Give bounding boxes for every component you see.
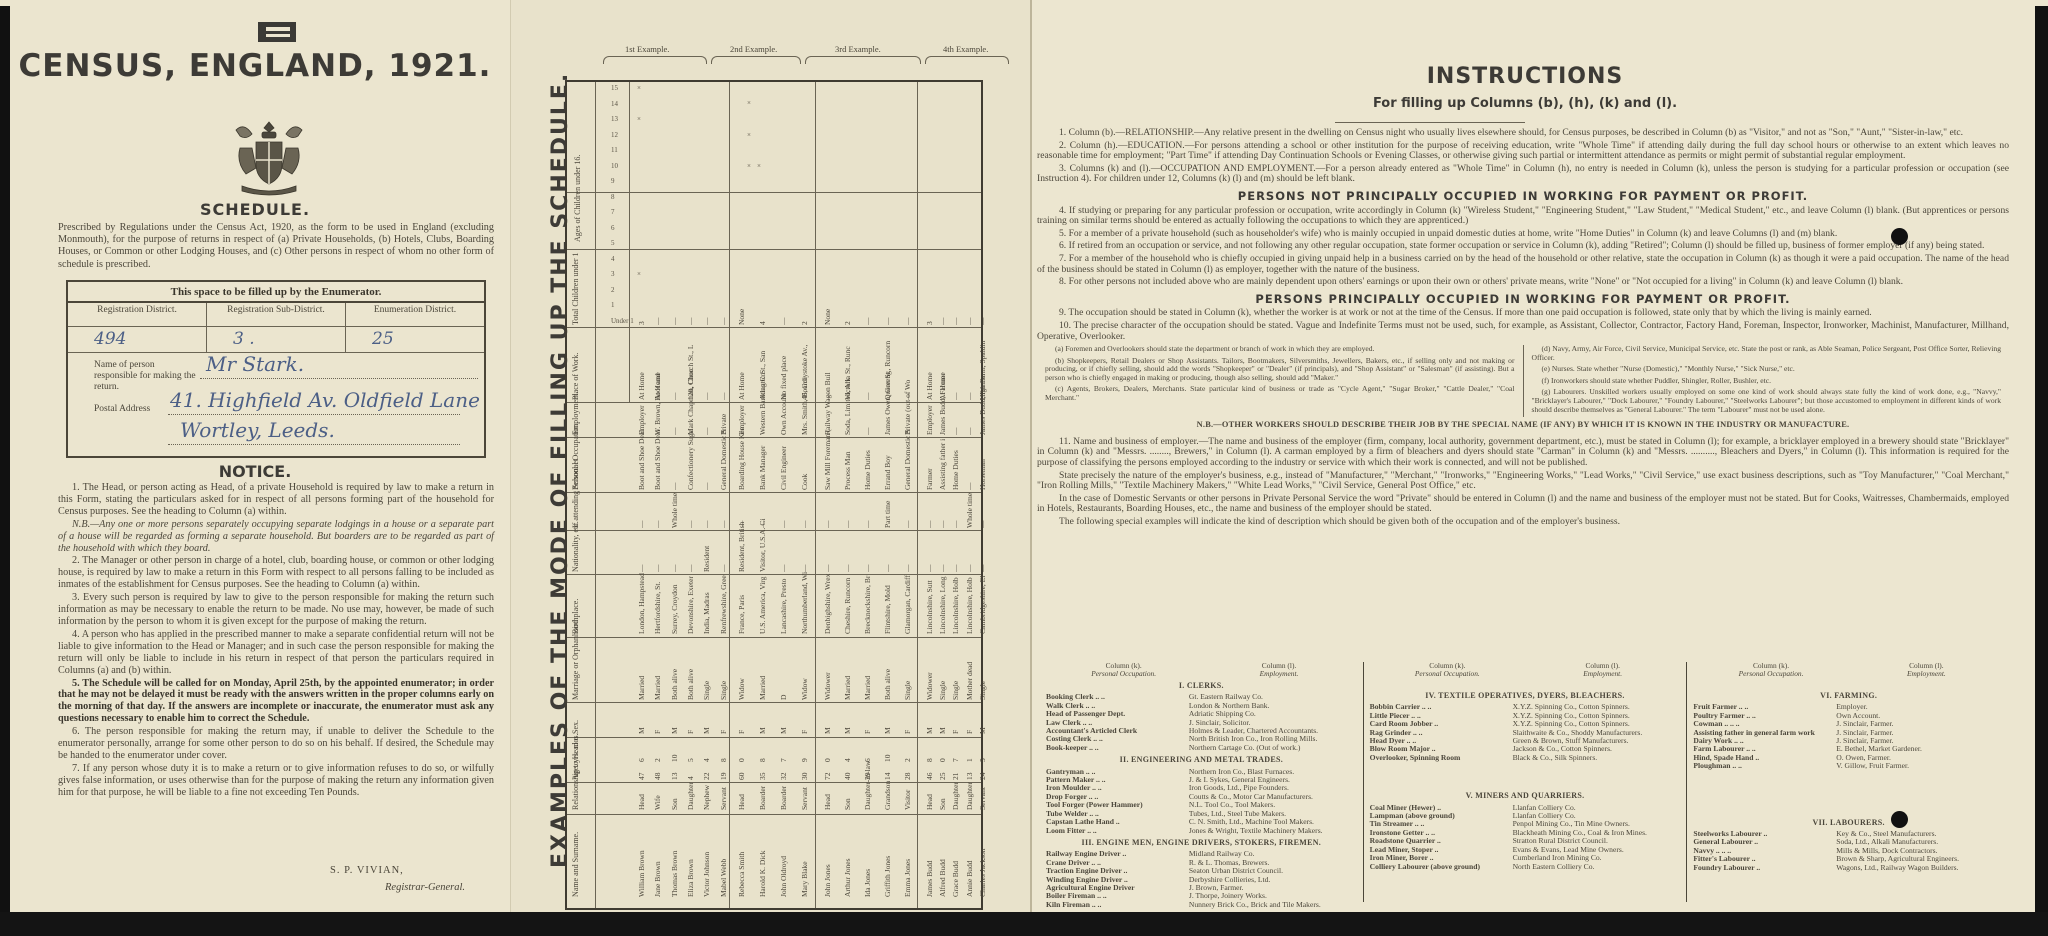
cell-nat: — <box>779 565 788 573</box>
age-mark: × <box>747 99 751 107</box>
cell-yrs: 32 <box>779 773 788 781</box>
cell-nat: Resident, British <box>737 522 746 572</box>
cell-name: Thomas Brown <box>670 851 679 897</box>
cell-mar: Both alive <box>686 669 695 700</box>
child-age-tick: 11 <box>611 146 618 154</box>
brace <box>805 56 921 64</box>
occupation: Colliery Labourer (above ground) <box>1370 863 1513 871</box>
cell-work: — <box>951 393 960 401</box>
cell-rel: Visitor <box>903 790 912 810</box>
cell-school: — <box>925 521 934 529</box>
cell-mos: 5 <box>978 758 987 762</box>
cell-mar: Single <box>903 681 912 700</box>
punch-hole <box>1891 811 1908 828</box>
cell-birth: Glamorgan, Cardiff <box>903 575 912 634</box>
cell-occ: Boarding House Kee <box>737 427 746 490</box>
child-age-tick: 8 <box>611 193 615 201</box>
grid-line <box>567 814 981 815</box>
cell-birth: Lincolnshire, Sutt <box>925 580 934 634</box>
child-age-tick: 14 <box>611 100 618 108</box>
cell-school: — <box>843 521 852 529</box>
child-age-header: Ages of Children under 16. <box>573 155 582 242</box>
example-column-2: Column (k).Personal Occupation.Column (l… <box>1363 662 1687 902</box>
notice-paragraph-5: 5. The Schedule will be called for on Mo… <box>58 678 494 726</box>
cell-yrs: 14 <box>883 773 892 781</box>
instruction-4: 4. If studying or preparing for any part… <box>1037 206 2009 227</box>
child-age-tick: 12 <box>611 131 618 139</box>
notice-paragraph-7: 7. If any person whose duty it is to mak… <box>58 763 494 799</box>
employer: Jones & Wright, Textile Machinery Makers… <box>1189 827 1357 835</box>
cell-school: — <box>823 521 832 529</box>
cell-name: William Brown <box>637 850 646 897</box>
category-title: VII. LABOURERS. <box>1693 819 2004 827</box>
cell-children: — <box>719 318 728 326</box>
cell-nat: — <box>653 565 662 573</box>
cell-work: — <box>719 393 728 401</box>
cell-name: Griffith Jones <box>883 856 892 897</box>
instruction-9: 9. The occupation should be stated in Co… <box>1037 308 2009 319</box>
cell-school: — <box>903 521 912 529</box>
section-occupied-heading: PERSONS PRINCIPALLY OCCUPIED IN WORKING … <box>1037 294 2009 305</box>
occupation-examples: Column (k).Personal Occupation.Column (l… <box>1040 662 2010 902</box>
cell-children: — <box>779 318 788 326</box>
cell-name: Mabel Webb <box>719 859 728 897</box>
cell-occ: Boot and Shoe Deal <box>637 430 646 490</box>
cell-sex: M <box>843 727 852 734</box>
grid-line <box>567 402 981 403</box>
cell-sex: F <box>737 730 746 734</box>
royal-crest-icon <box>232 118 306 198</box>
cell-sex: F <box>951 730 960 734</box>
example-row: Colliery Labourer (above ground)North Ea… <box>1370 863 1681 871</box>
cell-rel: Servant <box>978 787 987 810</box>
employer: Northern Cartage Co. (Out of work.) <box>1189 744 1357 752</box>
cell-mos: 7 <box>779 758 788 762</box>
child-age-tick: 3 <box>611 270 615 278</box>
example-column-3: Column (k).Personal Occupation.Column (l… <box>1686 662 2010 902</box>
cell-emp: — <box>702 428 711 436</box>
cell-children: — <box>903 318 912 326</box>
cell-children: None <box>823 309 832 325</box>
cell-school: — <box>702 521 711 529</box>
cell-yrs: 19 <box>719 773 728 781</box>
cell-nat: — <box>965 565 974 573</box>
example-column-header: Column (k).Personal Occupation.Column (l… <box>1046 662 1357 678</box>
occupation: Kiln Fireman .. .. <box>1046 901 1189 909</box>
cell-sex: F <box>653 730 662 734</box>
nb-other-workers: N.B.—OTHER WORKERS SHOULD DESCRIBE THEIR… <box>1037 420 2009 431</box>
cell-yrs: 4 <box>686 776 695 780</box>
cell-name: Victor Johnson <box>702 852 711 897</box>
sub-note-c: (c) Agents, Brokers, Dealers, Merchants.… <box>1045 385 1515 402</box>
notice-title: NOTICE. <box>10 462 500 481</box>
cell-yrs: 13 <box>965 773 974 781</box>
grid-line <box>567 702 981 703</box>
cell-sex: F <box>863 730 872 734</box>
cell-school: Whole time <box>965 493 974 528</box>
cell-sex: M <box>670 727 679 734</box>
example-column-header: Column (k).Personal Occupation.Column (l… <box>1693 662 2004 678</box>
example-label-4: 4th Example. <box>943 44 988 54</box>
instruction-1: 1. Column (b).—RELATIONSHIP.—Any relativ… <box>1037 128 2009 139</box>
cell-school: — <box>719 521 728 529</box>
cell-mos: 5 <box>686 758 695 762</box>
employment-col-label: Column (l).Employment. <box>1525 662 1680 678</box>
cell-work: At Home <box>653 372 662 400</box>
cell-birth: Lincolnshire, Long <box>938 577 947 635</box>
occupation: Book-keeper .. .. <box>1046 744 1189 752</box>
cell-occ: Horseman <box>978 459 987 490</box>
column-header: Birthplace. <box>571 599 580 634</box>
cell-children: — <box>653 318 662 326</box>
schedule-title: SCHEDULE. <box>10 200 500 219</box>
cell-mos: 7 <box>951 758 960 762</box>
signature-name: S. P. VIVIAN, <box>330 865 404 876</box>
cell-mos: 2 <box>903 758 912 762</box>
example-row: Overlooker, Spinning RoomBlack & Co., Si… <box>1370 754 1681 762</box>
cell-school: — <box>686 521 695 529</box>
instruction-2: 2. Column (h).—EDUCATION.—For persons at… <box>1037 141 2009 162</box>
enumerator-box: This space to be filled up by the Enumer… <box>66 280 486 458</box>
cell-name: Annie Budd <box>965 861 974 897</box>
cell-emp: — <box>965 428 974 436</box>
cell-school: — <box>951 521 960 529</box>
cell-name: Alfred Budd <box>938 859 947 897</box>
cell-sex: M <box>883 727 892 734</box>
cell-school: — <box>737 521 746 529</box>
example-row: Foundry Labourer ..Wagons, Ltd., Railway… <box>1693 864 2004 872</box>
cell-name: Jane Brown <box>653 861 662 897</box>
cell-mar: Married <box>863 676 872 700</box>
cell-mos: 2 <box>653 758 662 762</box>
cell-mar: Widower <box>925 672 934 700</box>
cell-work: Atlantic St., San <box>758 351 767 400</box>
example-column-header: Column (k).Personal Occupation.Column (l… <box>1370 662 1681 678</box>
cell-birth: Lincolnshire, Holb <box>951 577 960 634</box>
instruction-11-business: State precisely the nature of the employ… <box>1037 471 2009 492</box>
grid-line <box>567 637 981 638</box>
cell-birth: London, Hampstead <box>637 573 646 634</box>
sub-notes-right: (d) Navy, Army, Air Force, Civil Service… <box>1524 345 2010 417</box>
cell-work: — <box>670 393 679 401</box>
child-age-tick: 2 <box>611 286 615 294</box>
cell-occ: — <box>702 483 711 491</box>
cell-mos: 0 <box>938 758 947 762</box>
cell-nat: — <box>823 565 832 573</box>
cell-birth: Surrey, Croydon <box>670 584 679 634</box>
brace <box>711 56 801 64</box>
cell-name: Charles Jackson <box>978 848 987 897</box>
dotted-line <box>168 444 460 445</box>
cell-mar: Widow <box>800 678 809 700</box>
cell-occ: Cook <box>800 474 809 490</box>
cell-yrs: 47 <box>637 773 646 781</box>
cell-yrs: 40 <box>843 773 852 781</box>
postal-address-line1[interactable]: 41. Highfield Av. Oldfield Lane <box>170 388 480 412</box>
category-title: IV. TEXTILE OPERATIVES, DYERS, BLEACHERS… <box>1370 692 1681 700</box>
cell-mar: Married <box>653 676 662 700</box>
cell-school: — <box>863 521 872 529</box>
sub-notes: (a) Foremen and Overlookers should state… <box>1037 345 2009 417</box>
notice-paragraph-6: 6. The person responsible for making the… <box>58 726 494 762</box>
cell-nat: — <box>800 565 809 573</box>
cell-nat: — <box>883 565 892 573</box>
occupation-col-label: Column (k).Personal Occupation. <box>1046 662 1201 678</box>
example-label-3: 3rd Example. <box>835 44 881 54</box>
cell-work: At Home <box>637 372 646 400</box>
cell-school: — <box>637 521 646 529</box>
postal-address-label: Postal Address <box>94 404 150 414</box>
cell-work: At Home <box>737 372 746 400</box>
age-mark: × <box>637 270 641 278</box>
example-labels: 1st Example. 2nd Example. 3rd Example. 4… <box>625 44 1025 64</box>
cell-birth: Cambridgeshire, El <box>978 576 987 634</box>
cell-rel: Servant <box>719 787 728 810</box>
cell-rel: Head <box>737 794 746 810</box>
cell-children: — <box>951 318 960 326</box>
cell-sex: M <box>823 727 832 734</box>
cell-rel: Wife <box>653 795 662 810</box>
cell-occ: General Domestic S <box>903 430 912 490</box>
example-separator <box>815 82 816 908</box>
employer: North Eastern Colliery Co. <box>1513 863 1681 871</box>
cell-yrs: 13 <box>670 773 679 781</box>
cell-mos: 8 <box>719 758 728 762</box>
cell-birth: Flintshire, Mold <box>883 585 892 634</box>
age-mark: × <box>637 84 641 92</box>
cell-school: — <box>938 521 947 529</box>
cell-school: — <box>800 521 809 529</box>
cell-nat: — <box>978 565 987 573</box>
child-age-tick: 7 <box>611 208 615 216</box>
cell-name: John Jones <box>823 864 832 897</box>
registration-subdistrict-field[interactable]: Registration Sub-District. 3 . <box>207 303 346 352</box>
grid-line <box>567 782 981 783</box>
example-row: Loom Fitter .. ..Jones & Wright, Textile… <box>1046 827 1357 835</box>
cell-work: At Home <box>925 372 934 400</box>
cell-occ: Farmer <box>925 468 934 490</box>
registration-district-field[interactable]: Registration District. 494 <box>68 303 207 352</box>
cell-sex: M <box>702 727 711 734</box>
cell-children: None <box>737 309 746 325</box>
cell-mar: Single <box>702 681 711 700</box>
cell-sex: F <box>965 730 974 734</box>
instructions-body: 1. Column (b).—RELATIONSHIP.—Any relativ… <box>1037 128 2009 530</box>
child-age-tick: 15 <box>611 84 618 92</box>
cell-mar: Married <box>843 676 852 700</box>
cell-rel: Nephew <box>702 785 711 810</box>
cell-mar: Single <box>978 681 987 700</box>
section-not-occupied-heading: PERSONS NOT PRINCIPALLY OCCUPIED IN WORK… <box>1037 191 2009 202</box>
cell-occ: — <box>965 483 974 491</box>
cell-rel: Head <box>925 794 934 810</box>
cell-work: — <box>823 393 832 401</box>
sub-note-e: (e) Nurses. State whether "Nurse (Domest… <box>1532 365 2002 374</box>
sub-note-d: (d) Navy, Army, Air Force, Civil Service… <box>1532 345 2002 362</box>
cell-mos: 4 <box>702 758 711 762</box>
cell-name: John Oldroyd <box>779 856 788 897</box>
cell-mar: Mother dead <box>965 662 974 700</box>
cell-rel: Son <box>670 798 679 810</box>
example-row: Ploughman .. ..V. Gillow, Fruit Farmer. <box>1693 762 2004 770</box>
cell-sex: M <box>637 727 646 734</box>
cell-work: — <box>965 393 974 401</box>
cell-mos: 0 <box>737 758 746 762</box>
cell-yrs: 60 <box>737 773 746 781</box>
cell-school: Part time <box>883 501 892 528</box>
instructions-subtitle: For filling up Columns (b), (h), (k) and… <box>1030 96 2020 111</box>
cell-birth: Lincolnshire, Holb <box>965 577 974 634</box>
preamble-text: Prescribed by Regulations under the Cens… <box>58 222 494 271</box>
punch-hole <box>1891 228 1908 245</box>
cell-rel: Boarder <box>779 786 788 810</box>
instruction-11-domestic: In the case of Domestic Servants or othe… <box>1037 494 2009 515</box>
examples-table: Name and Surname.Relationship to Head oA… <box>565 80 983 910</box>
employer: Black & Co., Silk Spinners. <box>1513 754 1681 762</box>
cell-birth: India, Madras <box>702 592 711 634</box>
cell-children: 2 <box>843 321 852 325</box>
signature-role: Registrar-General. <box>385 882 465 893</box>
example-label-1: 1st Example. <box>625 44 669 54</box>
category-title: II. ENGINEERING AND METAL TRADES. <box>1046 756 1357 764</box>
cell-birth: Northumberland, Wi <box>800 572 809 634</box>
cell-yrs: 72 <box>823 773 832 781</box>
cell-occ: Assisting father i <box>938 439 947 490</box>
cell-work: Queen St., Runcorn <box>883 341 892 400</box>
brace <box>603 56 707 64</box>
cell-mos: 10 <box>883 755 892 763</box>
instructions-title: INSTRUCTIONS <box>1030 64 2020 89</box>
cell-mar: Both alive <box>670 669 679 700</box>
postal-address-line2[interactable]: Wortley, Leeds. <box>180 418 335 442</box>
cell-mar: Widower <box>823 672 832 700</box>
cell-nat: — <box>843 565 852 573</box>
enumerator-box-heading: This space to be filled up by the Enumer… <box>68 282 484 303</box>
cell-occ: Home Duties <box>951 450 960 490</box>
sub-note-f: (f) Ironworkers should state whether Pud… <box>1532 377 2002 386</box>
cell-work: At Home <box>938 372 947 400</box>
cell-emp: Private <box>719 414 728 435</box>
cell-rel: Daughter <box>951 782 960 810</box>
cell-birth: Brecknockshire, Br <box>863 576 872 634</box>
cell-mos: 6 <box>637 758 646 762</box>
employer: Nunnery Brick Co., Brick and Tile Makers… <box>1189 901 1357 909</box>
column-header: Nationality, etc. <box>571 521 580 572</box>
column-header: Age. yrs. mos. <box>571 734 580 780</box>
child-age-tick: 4 <box>611 255 615 263</box>
cell-occ: Confectionery Suga <box>686 430 695 490</box>
cell-yrs: 35 <box>758 773 767 781</box>
column-header: Sex. <box>571 720 580 734</box>
notice-paragraph-2: 2. The Manager or other person in charge… <box>58 555 494 591</box>
cell-yrs: 21 <box>951 773 960 781</box>
form-letter-e-mark <box>258 22 296 42</box>
example-row: Book-keeper .. ..Northern Cartage Co. (O… <box>1046 744 1357 752</box>
instruction-11-examples-intro: The following special examples will indi… <box>1037 517 2009 528</box>
cell-sex: M <box>925 727 934 734</box>
occupation-col-label: Column (k).Personal Occupation. <box>1693 662 1848 678</box>
cell-children: — <box>702 318 711 326</box>
cell-nat: Resident <box>702 546 711 572</box>
grid-line <box>567 530 981 531</box>
cell-children: 3 <box>925 321 934 325</box>
cell-name: Grace Budd <box>951 861 960 897</box>
cell-nat: — <box>938 565 947 573</box>
cell-mos: 1 <box>965 758 974 762</box>
cell-work: — <box>863 393 872 401</box>
dotted-line <box>168 414 460 415</box>
example-label-2: 2nd Example. <box>730 44 777 54</box>
cell-sex: F <box>800 730 809 734</box>
cell-yrs: 46 <box>925 773 934 781</box>
cell-name: Mary Blake <box>800 861 809 897</box>
cell-sex: M <box>779 727 788 734</box>
cell-emp: Private (out of Wo <box>903 380 912 435</box>
cell-emp: Railway Wagon Buil <box>823 372 832 435</box>
example-row: Kiln Fireman .. ..Nunnery Brick Co., Bri… <box>1046 901 1357 909</box>
notice-body: 1. The Head, or person acting as Head, o… <box>58 482 494 800</box>
cell-children: — <box>978 318 987 326</box>
cell-birth: Cheshire, Runcorn <box>843 578 852 634</box>
notice-paragraph-1: 1. The Head, or person acting as Head, o… <box>58 482 494 518</box>
cell-nat: — <box>903 565 912 573</box>
cell-sex: M <box>978 727 987 734</box>
age-mark: × <box>747 131 751 139</box>
enumeration-district-field[interactable]: Enumeration District. 25 <box>346 303 484 352</box>
cell-children: — <box>883 318 892 326</box>
occupation-col-label: Column (k).Personal Occupation. <box>1370 662 1525 678</box>
example-separator <box>729 82 730 908</box>
instruction-7: 7. For a member of the household who is … <box>1037 254 2009 275</box>
cell-birth: Hertfordshire, St. <box>653 582 662 634</box>
cell-birth: Denbighshire, Wrex <box>823 574 832 634</box>
cell-rel: Servant <box>800 787 809 810</box>
cell-mar: Single <box>719 681 728 700</box>
cell-emp: Employer <box>737 405 746 435</box>
cell-mos: 10 <box>670 755 679 763</box>
cell-emp: Employer <box>925 405 934 435</box>
cell-yrs: 24 <box>978 773 987 781</box>
child-age-tick: 1 <box>611 301 615 309</box>
cell-children: — <box>686 318 695 326</box>
cell-birth: Devonshire, Exeter <box>686 576 695 634</box>
cell-school: — <box>758 521 767 529</box>
registration-subdistrict-label: Registration Sub-District. <box>207 303 345 327</box>
cell-emp: Employer <box>637 405 646 435</box>
cell-rel: Daughter-in-law <box>863 761 872 810</box>
cell-nat: — <box>925 565 934 573</box>
occupation: Foundry Labourer .. <box>1693 864 1836 872</box>
registration-district-label: Registration District. <box>68 303 206 327</box>
cell-yrs: 28 <box>903 773 912 781</box>
cell-sex: F <box>686 730 695 734</box>
instruction-8: 8. For other persons not included above … <box>1037 277 2009 288</box>
employer: Wagons, Ltd., Railway Wagon Builders. <box>1836 864 2004 872</box>
child-age-tick: 6 <box>611 224 615 232</box>
cell-work: Victoria St., Runc <box>843 346 852 400</box>
cell-birth: Lancashire, Presto <box>779 579 788 634</box>
cell-work: High Farm, Spaldin <box>978 341 987 400</box>
instruction-11: 11. Name and business of employer.—The n… <box>1037 437 2009 469</box>
cell-occ: Saw Mill Foreman ( <box>823 429 832 490</box>
cell-nat: — <box>686 565 695 573</box>
cell-children: — <box>965 318 974 326</box>
cell-rel: Daughter <box>686 782 695 810</box>
cell-children: 2 <box>800 321 809 325</box>
cell-yrs: 39 <box>863 773 872 781</box>
cell-work: 46, Greystoke Av., <box>800 345 809 400</box>
cell-nat: — <box>670 565 679 573</box>
